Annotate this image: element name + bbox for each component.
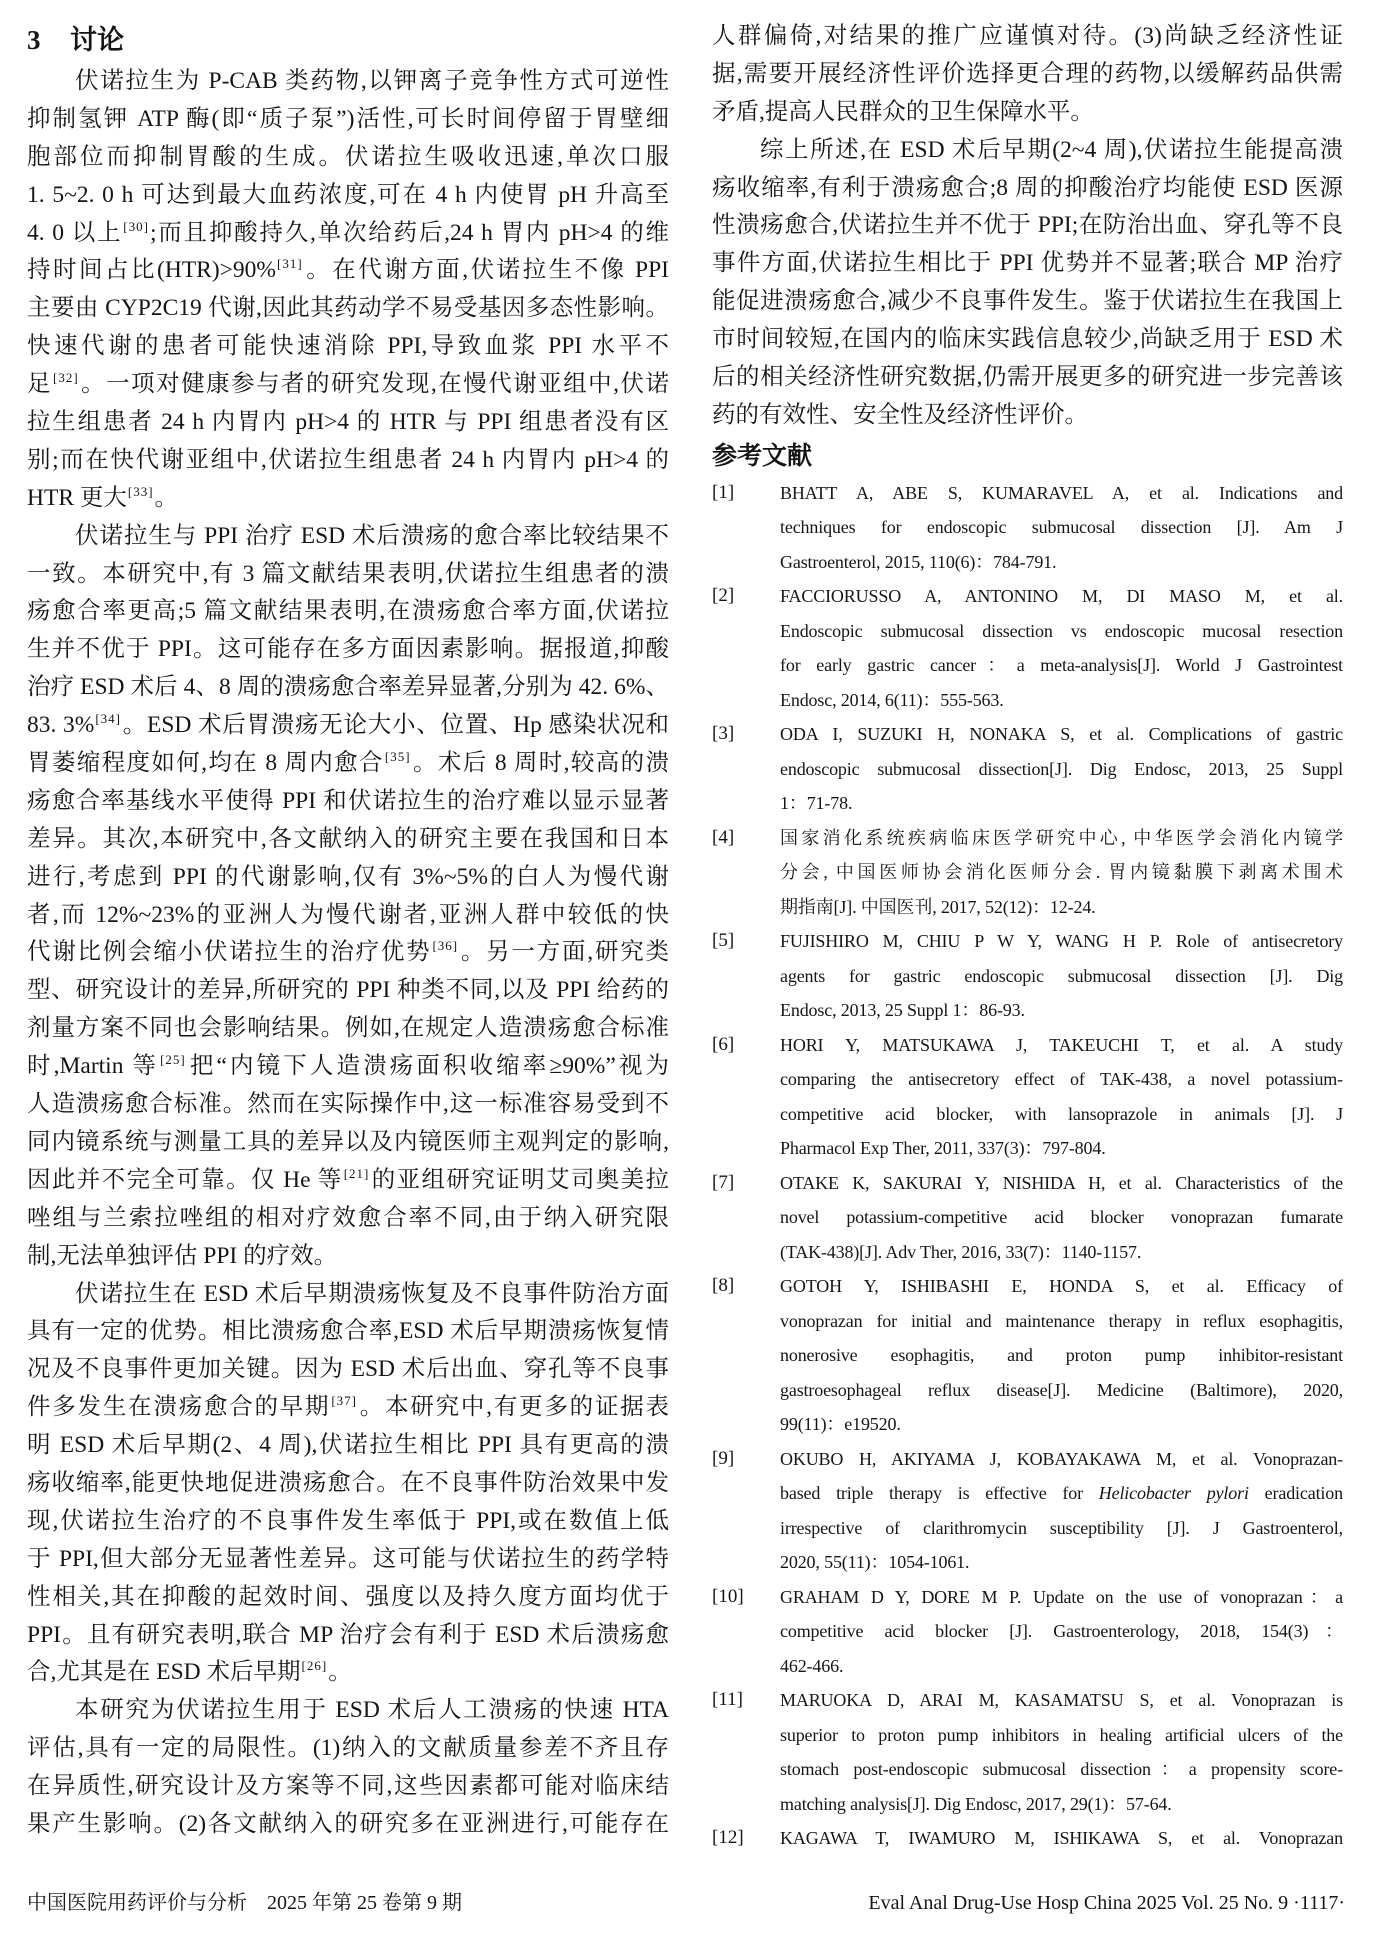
- reference-line: ODA I, SUZUKI H, NONAKA S, et al. Compli…: [780, 717, 1343, 752]
- text-segment: ;而且抑酸持久,单次给药后,24 h 胃内 pH>4 的维: [150, 220, 669, 246]
- paragraph: 伏诺拉生为 P-CAB 类药物,以钾离子竞争性方式可逆性抑制氢钾 ATP 酶(即…: [27, 63, 669, 518]
- text-segment: Pharmacol Exp Ther, 2011, 337(3)：797-804…: [780, 1138, 1106, 1158]
- text-segment: agents for gastric endoscopic submucosal…: [780, 966, 1343, 986]
- text-segment: FACCIORUSSO A, ANTONINO M, DI MASO M, et…: [780, 586, 1343, 606]
- text-segment: 矛盾,提高人民群众的卫生保障水平。: [712, 99, 1094, 125]
- reference-line: competitive acid blocker, with lansopraz…: [780, 1097, 1343, 1132]
- reference-item: [1]BHATT A, ABE S, KUMARAVEL A, et al. I…: [712, 476, 1343, 580]
- text-line: PPI。且有研究表明,联合 MP 治疗会有利于 ESD 术后溃疡愈: [27, 1617, 669, 1655]
- text-segment: 时,Martin 等: [27, 1053, 159, 1079]
- citation-marker: [25]: [159, 1052, 187, 1067]
- reference-text: 国家消化系统疾病临床医学研究中心, 中华医学会消化内镜学分会, 中国医师协会消化…: [780, 821, 1343, 925]
- reference-line: 462-466.: [780, 1649, 1343, 1684]
- page-footer: 中国医院用药评价与分析 2025 年第 25 卷第 9 期 Eval Anal …: [27, 1888, 1345, 1918]
- text-line: 据,需要开展经济性评价选择更合理的药物,以缓解药品供需: [712, 56, 1343, 94]
- text-segment: based triple therapy is effective for: [780, 1483, 1099, 1503]
- text-line: 83. 3%[34]。ESD 术后胃溃疡无论大小、位置、Hp 感染状况和: [27, 707, 669, 745]
- reference-line: MARUOKA D, ARAI M, KASAMATSU S, et al. V…: [780, 1683, 1343, 1718]
- text-segment: 主要由 CYP2C19 代谢,因此其药动学不易受基因多态性影响。: [27, 295, 669, 321]
- reference-item: [5]FUJISHIRO M, CHIU P W Y, WANG H P. Ro…: [712, 924, 1343, 1028]
- text-line: 伏诺拉生与 PPI 治疗 ESD 术后溃疡的愈合率比较结果不: [27, 518, 669, 556]
- reference-line: 1：71-78.: [780, 786, 1343, 821]
- text-segment: 。另一方面,研究类: [459, 939, 669, 965]
- text-line: 剂量方案不同也会影响结果。例如,在规定人造溃疡愈合标准: [27, 1010, 669, 1048]
- reference-line: vonoprazan for initial and maintenance t…: [780, 1304, 1343, 1339]
- text-segment: 现,伏诺拉生治疗的不良事件发生率低于 PPI,或在数值上低: [27, 1508, 669, 1534]
- text-line: 主要由 CYP2C19 代谢,因此其药动学不易受基因多态性影响。: [27, 290, 669, 328]
- reference-text: ODA I, SUZUKI H, NONAKA S, et al. Compli…: [780, 717, 1343, 821]
- text-segment: matching analysis[J]. Dig Endosc, 2017, …: [780, 1794, 1172, 1814]
- text-segment: Gastroenterol, 2015, 110(6)：784-791.: [780, 552, 1056, 572]
- text-line: 药的有效性、安全性及经济性评价。: [712, 397, 1343, 435]
- text-segment: 疡收缩率,能更快地促进溃疡愈合。在不良事件防治效果中发: [27, 1470, 669, 1496]
- right-column: 人群偏倚,对结果的推广应谨慎对待。(3)尚缺乏经济性证据,需要开展经济性评价选择…: [712, 18, 1343, 1856]
- text-line: 进行,考虑到 PPI 的代谢影响,仅有 3%~5%的白人为慢代谢: [27, 859, 669, 897]
- reference-line: OKUBO H, AKIYAMA J, KOBAYAKAWA M, et al.…: [780, 1442, 1343, 1477]
- text-segment: GOTOH Y, ISHIBASHI E, HONDA S, et al. Ef…: [780, 1276, 1343, 1296]
- text-segment: ODA I, SUZUKI H, NONAKA S, et al. Compli…: [780, 724, 1343, 744]
- section-title: 讨论: [70, 25, 124, 56]
- text-line: 1. 5~2. 0 h 可达到最大血药浓度,可在 4 h 内使胃 pH 升高至: [27, 177, 669, 215]
- reference-line: novel potassium-competitive acid blocker…: [780, 1200, 1343, 1235]
- text-segment: 足: [27, 371, 52, 397]
- reference-item: [4]国家消化系统疾病临床医学研究中心, 中华医学会消化内镜学分会, 中国医师协…: [712, 821, 1343, 925]
- reference-item: [9]OKUBO H, AKIYAMA J, KOBAYAKAWA M, et …: [712, 1442, 1343, 1580]
- text-segment: 明 ESD 术后早期(2、4 周),伏诺拉生相比 PPI 具有更高的溃: [27, 1432, 669, 1458]
- text-segment: 后的相关经济性研究数据,仍需开展更多的研究进一步完善该: [712, 364, 1343, 390]
- text-segment: 人造溃疡愈合标准。然而在实际操作中,这一标准容易受到不: [27, 1091, 669, 1117]
- text-segment: 1：71-78.: [780, 793, 852, 813]
- text-line: 型、研究设计的差异,所研究的 PPI 种类不同,以及 PPI 给药的: [27, 972, 669, 1010]
- citation-marker: [33]: [127, 484, 155, 499]
- text-segment: 99(11)：e19520.: [780, 1414, 901, 1434]
- reference-line: KAGAWA T, IWAMURO M, ISHIKAWA S, et al. …: [780, 1821, 1343, 1856]
- text-segment: techniques for endoscopic submucosal dis…: [780, 517, 1343, 537]
- text-line: 于 PPI,但大部分无显著性差异。这可能与伏诺拉生的药学特: [27, 1541, 669, 1579]
- text-segment: 人群偏倚,对结果的推广应谨慎对待。(3)尚缺乏经济性证: [712, 23, 1343, 49]
- reference-line: competitive acid blocker [J]. Gastroente…: [780, 1614, 1343, 1649]
- reference-line: 分会, 中国医师协会消化医师分会. 胃内镜黏膜下剥离术围术: [780, 855, 1343, 890]
- text-segment: 别;而在快代谢亚组中,伏诺拉生组患者 24 h 内胃内 pH>4 的: [27, 447, 669, 473]
- reference-line: HORI Y, MATSUKAWA J, TAKEUCHI T, et al. …: [780, 1028, 1343, 1063]
- text-line: 矛盾,提高人民群众的卫生保障水平。: [712, 94, 1343, 132]
- reference-item: [7]OTAKE K, SAKURAI Y, NISHIDA H, et al.…: [712, 1166, 1343, 1270]
- reference-text: FUJISHIRO M, CHIU P W Y, WANG H P. Role …: [780, 924, 1343, 1028]
- reference-text: FACCIORUSSO A, ANTONINO M, DI MASO M, et…: [780, 579, 1343, 717]
- text-segment: 的亚组研究证明艾司奥美拉: [370, 1167, 669, 1193]
- text-segment: novel potassium-competitive acid blocker…: [780, 1207, 1343, 1227]
- reference-line: (TAK-438)[J]. Adv Ther, 2016, 33(7)：1140…: [780, 1235, 1343, 1270]
- reference-line: agents for gastric endoscopic submucosal…: [780, 959, 1343, 994]
- paragraph: 本研究为伏诺拉生用于 ESD 术后人工溃疡的快速 HTA评估,具有一定的局限性。…: [27, 1692, 669, 1844]
- reference-line: Gastroenterol, 2015, 110(6)：784-791.: [780, 545, 1343, 580]
- text-line: 快速代谢的患者可能快速消除 PPI,导致血浆 PPI 水平不: [27, 328, 669, 366]
- text-line: 本研究为伏诺拉生用于 ESD 术后人工溃疡的快速 HTA: [27, 1692, 669, 1730]
- text-segment: 。一项对健康参与者的研究发现,在慢代谢亚组中,伏诺: [80, 371, 669, 397]
- text-segment: 治疗 ESD 术后 4、8 周的溃疡愈合率差异显著,分别为 42. 6%、: [27, 674, 669, 700]
- reference-text: MARUOKA D, ARAI M, KASAMATSU S, et al. V…: [780, 1683, 1343, 1821]
- reference-number: [7]: [712, 1166, 780, 1201]
- text-segment: competitive acid blocker [J]. Gastroente…: [780, 1621, 1343, 1641]
- text-segment: FUJISHIRO M, CHIU P W Y, WANG H P. Role …: [780, 931, 1343, 951]
- reference-line: 2020, 55(11)：1054-1061.: [780, 1545, 1343, 1580]
- text-segment: HORI Y, MATSUKAWA J, TAKEUCHI T, et al. …: [780, 1035, 1343, 1055]
- reference-line: gastroesophageal reflux disease[J]. Medi…: [780, 1373, 1343, 1408]
- reference-line: matching analysis[J]. Dig Endosc, 2017, …: [780, 1787, 1343, 1822]
- text-segment: 唑组与兰索拉唑组的相对疗效愈合率不同,由于纳入研究限: [27, 1205, 669, 1231]
- reference-line: Endosc, 2014, 6(11)：555-563.: [780, 683, 1343, 718]
- reference-text: OTAKE K, SAKURAI Y, NISHIDA H, et al. Ch…: [780, 1166, 1343, 1270]
- text-segment: 。在代谢方面,伏诺拉生不像 PPI: [304, 257, 669, 283]
- reference-item: [3]ODA I, SUZUKI H, NONAKA S, et al. Com…: [712, 717, 1343, 821]
- text-segment: (TAK-438)[J]. Adv Ther, 2016, 33(7)：1140…: [780, 1242, 1141, 1262]
- text-segment: vonoprazan for initial and maintenance t…: [780, 1311, 1343, 1331]
- text-segment: 事件方面,伏诺拉生相比于 PPI 优势并不显著;联合 MP 治疗: [712, 250, 1343, 276]
- text-segment: superior to proton pump inhibitors in he…: [780, 1725, 1343, 1745]
- reference-line: OTAKE K, SAKURAI Y, NISHIDA H, et al. Ch…: [780, 1166, 1343, 1201]
- text-segment: 伏诺拉生为 P-CAB 类药物,以钾离子竞争性方式可逆性: [75, 68, 669, 94]
- text-line: 别;而在快代谢亚组中,伏诺拉生组患者 24 h 内胃内 pH>4 的: [27, 442, 669, 480]
- text-segment: 一致。本研究中,有 3 篇文献结果表明,伏诺拉生组患者的溃: [27, 561, 669, 587]
- references-heading: 参考文献: [712, 435, 1343, 476]
- text-line: 综上所述,在 ESD 术后早期(2~4 周),伏诺拉生能提高溃: [712, 132, 1343, 170]
- text-segment: 果产生影响。(2)各文献纳入的研究多在亚洲进行,可能存在: [27, 1811, 669, 1837]
- text-line: 生并不优于 PPI。这可能存在多方面因素影响。据报道,抑酸: [27, 631, 669, 669]
- reference-line: Pharmacol Exp Ther, 2011, 337(3)：797-804…: [780, 1131, 1343, 1166]
- reference-text: KAGAWA T, IWAMURO M, ISHIKAWA S, et al. …: [780, 1821, 1343, 1856]
- text-line: 明 ESD 术后早期(2、4 周),伏诺拉生相比 PPI 具有更高的溃: [27, 1427, 669, 1465]
- reference-line: nonerosive esophagitis, and proton pump …: [780, 1338, 1343, 1373]
- text-line: 胃萎缩程度如何,均在 8 周内愈合[35]。术后 8 周时,较高的溃: [27, 745, 669, 783]
- text-line: 疡愈合率基线水平使得 PPI 和伏诺拉生的治疗难以显示显著: [27, 783, 669, 821]
- text-segment: 制,无法单独评估 PPI 的疗效。: [27, 1243, 337, 1269]
- text-segment: GRAHAM D Y, DORE M P. Update on the use …: [780, 1587, 1343, 1607]
- text-line: 疡收缩率,有利于溃疡愈合;8 周的抑酸治疗均能使 ESD 医源: [712, 170, 1343, 208]
- text-line: 能促进溃疡愈合,减少不良事件发生。鉴于伏诺拉生在我国上: [712, 283, 1343, 321]
- reference-item: [8]GOTOH Y, ISHIBASHI E, HONDA S, et al.…: [712, 1269, 1343, 1442]
- text-line: 疡愈合率更高;5 篇文献结果表明,在溃疡愈合率方面,伏诺拉: [27, 593, 669, 631]
- text-line: 性相关,其在抑酸的起效时间、强度以及持久度方面均优于: [27, 1579, 669, 1617]
- reference-number: [10]: [712, 1580, 780, 1615]
- text-segment: 性溃疡愈合,伏诺拉生并不优于 PPI;在防治出血、穿孔等不良: [712, 212, 1343, 238]
- text-line: HTR 更大[33]。: [27, 480, 669, 518]
- footer-journal-info-en: Eval Anal Drug-Use Hosp China 2025 Vol. …: [868, 1888, 1345, 1918]
- reference-line: based triple therapy is effective for He…: [780, 1476, 1343, 1511]
- text-segment: 1. 5~2. 0 h 可达到最大血药浓度,可在 4 h 内使胃 pH 升高至: [27, 182, 669, 208]
- paragraph: 伏诺拉生在 ESD 术后早期溃疡恢复及不良事件防治方面具有一定的优势。相比溃疡愈…: [27, 1276, 669, 1693]
- citation-marker: [26]: [301, 1658, 329, 1673]
- citation-marker: [35]: [384, 749, 412, 764]
- citation-marker: [21]: [343, 1166, 371, 1181]
- reference-item: [6]HORI Y, MATSUKAWA J, TAKEUCHI T, et a…: [712, 1028, 1343, 1166]
- text-segment: Endosc, 2013, 25 Suppl 1：86-93.: [780, 1000, 1025, 1020]
- reference-text: BHATT A, ABE S, KUMARAVEL A, et al. Indi…: [780, 476, 1343, 580]
- text-segment: 综上所述,在 ESD 术后早期(2~4 周),伏诺拉生能提高溃: [760, 137, 1343, 163]
- reference-item: [11]MARUOKA D, ARAI M, KASAMATSU S, et a…: [712, 1683, 1343, 1821]
- text-line: 代谢比例会缩小伏诺拉生的治疗优势[36]。另一方面,研究类: [27, 934, 669, 972]
- text-line: 伏诺拉生在 ESD 术后早期溃疡恢复及不良事件防治方面: [27, 1276, 669, 1314]
- text-segment: 462-466.: [780, 1656, 843, 1676]
- text-segment: 性相关,其在抑酸的起效时间、强度以及持久度方面均优于: [27, 1584, 669, 1610]
- text-segment: 疡愈合率更高;5 篇文献结果表明,在溃疡愈合率方面,伏诺拉: [27, 598, 669, 624]
- text-line: 唑组与兰索拉唑组的相对疗效愈合率不同,由于纳入研究限: [27, 1200, 669, 1238]
- reference-line: endoscopic submucosal dissection[J]. Dig…: [780, 752, 1343, 787]
- reference-list: [1]BHATT A, ABE S, KUMARAVEL A, et al. I…: [712, 476, 1343, 1856]
- reference-text: OKUBO H, AKIYAMA J, KOBAYAKAWA M, et al.…: [780, 1442, 1343, 1580]
- text-segment: KAGAWA T, IWAMURO M, ISHIKAWA S, et al. …: [780, 1828, 1343, 1848]
- paragraph: 伏诺拉生与 PPI 治疗 ESD 术后溃疡的愈合率比较结果不一致。本研究中,有 …: [27, 518, 669, 1276]
- text-segment: 者,而 12%~23%的亚洲人为慢代谢者,亚洲人群中较低的快: [27, 902, 669, 928]
- reference-number: [11]: [712, 1683, 780, 1718]
- text-segment: 83. 3%: [27, 712, 94, 738]
- text-segment: 具有一定的优势。相比溃疡愈合率,ESD 术后早期溃疡恢复情: [27, 1318, 669, 1344]
- reference-item: [2]FACCIORUSSO A, ANTONINO M, DI MASO M,…: [712, 579, 1343, 717]
- section-number: 3: [27, 22, 70, 58]
- text-line: 果产生影响。(2)各文献纳入的研究多在亚洲进行,可能存在: [27, 1806, 669, 1844]
- text-line: 同内镜系统与测量工具的差异以及内镜医师主观判定的影响,: [27, 1124, 669, 1162]
- text-segment: gastroesophageal reflux disease[J]. Medi…: [780, 1380, 1343, 1400]
- text-segment: 代谢比例会缩小伏诺拉生的治疗优势: [27, 939, 431, 965]
- text-segment: 据,需要开展经济性评价选择更合理的药物,以缓解药品供需: [712, 61, 1343, 87]
- text-line: 人造溃疡愈合标准。然而在实际操作中,这一标准容易受到不: [27, 1086, 669, 1124]
- text-segment: 2020, 55(11)：1054-1061.: [780, 1552, 969, 1572]
- left-column: 3讨论 伏诺拉生为 P-CAB 类药物,以钾离子竞争性方式可逆性抑制氢钾 ATP…: [27, 22, 669, 1844]
- text-line: 在异质性,研究设计及方案等不同,这些因素都可能对临床结: [27, 1768, 669, 1806]
- reference-number: [6]: [712, 1028, 780, 1063]
- text-line: 伏诺拉生为 P-CAB 类药物,以钾离子竞争性方式可逆性: [27, 63, 669, 101]
- text-segment: HTR 更大: [27, 485, 127, 511]
- text-segment: nonerosive esophagitis, and proton pump …: [780, 1345, 1343, 1365]
- text-segment: 合,尤其是在 ESD 术后早期: [27, 1659, 301, 1685]
- text-segment: 把“内镜下人造溃疡面积收缩率≥90%”视为: [187, 1053, 669, 1079]
- reference-line: 国家消化系统疾病临床医学研究中心, 中华医学会消化内镜学: [780, 821, 1343, 856]
- reference-number: [2]: [712, 579, 780, 614]
- text-line: 足[32]。一项对健康参与者的研究发现,在慢代谢亚组中,伏诺: [27, 366, 669, 404]
- text-segment: 。ESD 术后胃溃疡无论大小、位置、Hp 感染状况和: [122, 712, 669, 738]
- citation-marker: [32]: [52, 370, 80, 385]
- text-segment: 在异质性,研究设计及方案等不同,这些因素都可能对临床结: [27, 1773, 669, 1799]
- reference-line: irrespective of clarithromycin susceptib…: [780, 1511, 1343, 1546]
- reference-line: FUJISHIRO M, CHIU P W Y, WANG H P. Role …: [780, 924, 1343, 959]
- text-segment: Endosc, 2014, 6(11)：555-563.: [780, 690, 1004, 710]
- text-line: 况及不良事件更加关键。因为 ESD 术后出血、穿孔等不良事: [27, 1351, 669, 1389]
- reference-number: [12]: [712, 1821, 780, 1856]
- text-segment: 能促进溃疡愈合,减少不良事件发生。鉴于伏诺拉生在我国上: [712, 288, 1343, 314]
- text-segment: 。术后 8 周时,较高的溃: [412, 750, 669, 776]
- text-segment: irrespective of clarithromycin susceptib…: [780, 1518, 1343, 1538]
- text-line: 评估,具有一定的局限性。(1)纳入的文献质量参差不齐且存: [27, 1730, 669, 1768]
- text-line: 现,伏诺拉生治疗的不良事件发生率低于 PPI,或在数值上低: [27, 1503, 669, 1541]
- text-segment: 差异。其次,本研究中,各文献纳入的研究主要在我国和日本: [27, 826, 669, 852]
- text-line: 市时间较短,在国内的临床实践信息较少,尚缺乏用于 ESD 术: [712, 321, 1343, 359]
- text-segment: Endoscopic submucosal dissection vs endo…: [780, 621, 1343, 641]
- reference-line: GOTOH Y, ISHIBASHI E, HONDA S, et al. Ef…: [780, 1269, 1343, 1304]
- text-segment: OKUBO H, AKIYAMA J, KOBAYAKAWA M, et al.…: [780, 1449, 1343, 1469]
- text-segment: 型、研究设计的差异,所研究的 PPI 种类不同,以及 PPI 给药的: [27, 977, 669, 1003]
- text-line: 治疗 ESD 术后 4、8 周的溃疡愈合率差异显著,分别为 42. 6%、: [27, 669, 669, 707]
- reference-line: superior to proton pump inhibitors in he…: [780, 1718, 1343, 1753]
- paragraph: 综上所述,在 ESD 术后早期(2~4 周),伏诺拉生能提高溃疡收缩率,有利于溃…: [712, 132, 1343, 435]
- conclusion-body: 人群偏倚,对结果的推广应谨慎对待。(3)尚缺乏经济性证据,需要开展经济性评价选择…: [712, 18, 1343, 435]
- text-segment: 抑制氢钾 ATP 酶(即“质子泵”)活性,可长时间停留于胃壁细: [27, 106, 669, 132]
- text-segment: 于 PPI,但大部分无显著性差异。这可能与伏诺拉生的药学特: [27, 1546, 669, 1572]
- text-line: 抑制氢钾 ATP 酶(即“质子泵”)活性,可长时间停留于胃壁细: [27, 101, 669, 139]
- text-segment: 持时间占比(HTR)>90%: [27, 257, 276, 283]
- text-segment: 因此并不完全可靠。仅 He 等: [27, 1167, 343, 1193]
- reference-number: [3]: [712, 717, 780, 752]
- italic-term: Helicobacter pylori: [1099, 1483, 1249, 1503]
- reference-line: techniques for endoscopic submucosal dis…: [780, 510, 1343, 545]
- text-line: 者,而 12%~23%的亚洲人为慢代谢者,亚洲人群中较低的快: [27, 897, 669, 935]
- text-segment: 快速代谢的患者可能快速消除 PPI,导致血浆 PPI 水平不: [27, 333, 669, 359]
- text-line: 制,无法单独评估 PPI 的疗效。: [27, 1238, 669, 1276]
- text-segment: OTAKE K, SAKURAI Y, NISHIDA H, et al. Ch…: [780, 1173, 1343, 1193]
- text-segment: 生并不优于 PPI。这可能存在多方面因素影响。据报道,抑酸: [27, 636, 669, 662]
- text-line: 持时间占比(HTR)>90%[31]。在代谢方面,伏诺拉生不像 PPI: [27, 252, 669, 290]
- reference-number: [4]: [712, 821, 780, 856]
- text-segment: comparing the antisecretory effect of TA…: [780, 1069, 1343, 1089]
- reference-number: [5]: [712, 924, 780, 959]
- text-line: 因此并不完全可靠。仅 He 等[21]的亚组研究证明艾司奥美拉: [27, 1162, 669, 1200]
- reference-number: [9]: [712, 1442, 780, 1477]
- citation-marker: [34]: [94, 711, 122, 726]
- citation-marker: [36]: [431, 938, 459, 953]
- text-segment: 剂量方案不同也会影响结果。例如,在规定人造溃疡愈合标准: [27, 1015, 669, 1041]
- text-line: 人群偏倚,对结果的推广应谨慎对待。(3)尚缺乏经济性证: [712, 18, 1343, 56]
- text-segment: 胃萎缩程度如何,均在 8 周内愈合: [27, 750, 384, 776]
- text-segment: 。: [155, 485, 179, 511]
- citation-marker: [37]: [330, 1393, 358, 1408]
- reference-text: GRAHAM D Y, DORE M P. Update on the use …: [780, 1580, 1343, 1684]
- text-segment: 。: [328, 1659, 352, 1685]
- text-segment: for early gastric cancer：a meta-analysis…: [780, 655, 1343, 675]
- reference-text: HORI Y, MATSUKAWA J, TAKEUCHI T, et al. …: [780, 1028, 1343, 1166]
- section-heading: 3讨论: [27, 22, 669, 63]
- text-segment: 疡收缩率,有利于溃疡愈合;8 周的抑酸治疗均能使 ESD 医源: [712, 175, 1343, 201]
- text-segment: 药的有效性、安全性及经济性评价。: [712, 402, 1088, 428]
- reference-line: 期指南[J]. 中国医刊, 2017, 52(12)：12-24.: [780, 890, 1343, 925]
- text-line: 性溃疡愈合,伏诺拉生并不优于 PPI;在防治出血、穿孔等不良: [712, 207, 1343, 245]
- text-segment: 。本研究中,有更多的证据表: [358, 1394, 669, 1420]
- text-segment: PPI。且有研究表明,联合 MP 治疗会有利于 ESD 术后溃疡愈: [27, 1622, 669, 1648]
- footer-journal-info-cn: 中国医院用药评价与分析 2025 年第 25 卷第 9 期: [27, 1888, 462, 1918]
- text-segment: 市时间较短,在国内的临床实践信息较少,尚缺乏用于 ESD 术: [712, 326, 1343, 352]
- text-segment: 本研究为伏诺拉生用于 ESD 术后人工溃疡的快速 HTA: [75, 1697, 669, 1723]
- text-line: 差异。其次,本研究中,各文献纳入的研究主要在我国和日本: [27, 821, 669, 859]
- text-segment: 件多发生在溃疡愈合的早期: [27, 1394, 330, 1420]
- reference-line: BHATT A, ABE S, KUMARAVEL A, et al. Indi…: [780, 476, 1343, 511]
- text-segment: 进行,考虑到 PPI 的代谢影响,仅有 3%~5%的白人为慢代谢: [27, 864, 669, 890]
- text-segment: 同内镜系统与测量工具的差异以及内镜医师主观判定的影响,: [27, 1129, 669, 1155]
- reference-item: [10]GRAHAM D Y, DORE M P. Update on the …: [712, 1580, 1343, 1684]
- text-line: 4. 0 以上[30];而且抑酸持久,单次给药后,24 h 胃内 pH>4 的维: [27, 215, 669, 253]
- text-line: 件多发生在溃疡愈合的早期[37]。本研究中,有更多的证据表: [27, 1389, 669, 1427]
- text-segment: 评估,具有一定的局限性。(1)纳入的文献质量参差不齐且存: [27, 1735, 669, 1761]
- text-segment: competitive acid blocker, with lansopraz…: [780, 1104, 1343, 1124]
- reference-line: Endosc, 2013, 25 Suppl 1：86-93.: [780, 993, 1343, 1028]
- reference-item: [12]KAGAWA T, IWAMURO M, ISHIKAWA S, et …: [712, 1821, 1343, 1856]
- text-segment: 伏诺拉生与 PPI 治疗 ESD 术后溃疡的愈合率比较结果不: [75, 523, 669, 549]
- text-segment: endoscopic submucosal dissection[J]. Dig…: [780, 759, 1343, 779]
- text-segment: 拉生组患者 24 h 内胃内 pH>4 的 HTR 与 PPI 组患者没有区: [27, 409, 669, 435]
- text-line: 一致。本研究中,有 3 篇文献结果表明,伏诺拉生组患者的溃: [27, 556, 669, 594]
- reference-line: Endoscopic submucosal dissection vs endo…: [780, 614, 1343, 649]
- text-segment: 伏诺拉生在 ESD 术后早期溃疡恢复及不良事件防治方面: [75, 1281, 669, 1307]
- citation-marker: [30]: [122, 219, 150, 234]
- journal-page: 3讨论 伏诺拉生为 P-CAB 类药物,以钾离子竞争性方式可逆性抑制氢钾 ATP…: [0, 0, 1375, 1940]
- text-segment: 分会, 中国医师协会消化医师分会. 胃内镜黏膜下剥离术围术: [780, 862, 1343, 882]
- text-segment: stomach post-endoscopic submucosal disse…: [780, 1759, 1343, 1779]
- text-line: 胞部位而抑制胃酸的生成。伏诺拉生吸收迅速,单次口服: [27, 139, 669, 177]
- text-segment: 胞部位而抑制胃酸的生成。伏诺拉生吸收迅速,单次口服: [27, 144, 669, 170]
- reference-line: stomach post-endoscopic submucosal disse…: [780, 1752, 1343, 1787]
- text-segment: 疡愈合率基线水平使得 PPI 和伏诺拉生的治疗难以显示显著: [27, 788, 669, 814]
- reference-line: FACCIORUSSO A, ANTONINO M, DI MASO M, et…: [780, 579, 1343, 614]
- reference-number: [1]: [712, 476, 780, 511]
- text-segment: 国家消化系统疾病临床医学研究中心, 中华医学会消化内镜学: [780, 828, 1343, 848]
- text-line: 事件方面,伏诺拉生相比于 PPI 优势并不显著;联合 MP 治疗: [712, 245, 1343, 283]
- text-line: 时,Martin 等[25]把“内镜下人造溃疡面积收缩率≥90%”视为: [27, 1048, 669, 1086]
- discussion-body: 伏诺拉生为 P-CAB 类药物,以钾离子竞争性方式可逆性抑制氢钾 ATP 酶(即…: [27, 63, 669, 1844]
- text-segment: eradication: [1249, 1483, 1343, 1503]
- text-line: 合,尤其是在 ESD 术后早期[26]。: [27, 1654, 669, 1692]
- text-line: 后的相关经济性研究数据,仍需开展更多的研究进一步完善该: [712, 359, 1343, 397]
- reference-line: GRAHAM D Y, DORE M P. Update on the use …: [780, 1580, 1343, 1615]
- text-segment: BHATT A, ABE S, KUMARAVEL A, et al. Indi…: [780, 483, 1343, 503]
- reference-line: comparing the antisecretory effect of TA…: [780, 1062, 1343, 1097]
- text-line: 疡收缩率,能更快地促进溃疡愈合。在不良事件防治效果中发: [27, 1465, 669, 1503]
- reference-line: for early gastric cancer：a meta-analysis…: [780, 648, 1343, 683]
- reference-text: GOTOH Y, ISHIBASHI E, HONDA S, et al. Ef…: [780, 1269, 1343, 1442]
- reference-number: [8]: [712, 1269, 780, 1304]
- citation-marker: [31]: [276, 256, 304, 271]
- text-segment: MARUOKA D, ARAI M, KASAMATSU S, et al. V…: [780, 1690, 1343, 1710]
- text-segment: 4. 0 以上: [27, 220, 122, 246]
- text-segment: 况及不良事件更加关键。因为 ESD 术后出血、穿孔等不良事: [27, 1356, 669, 1382]
- paragraph: 人群偏倚,对结果的推广应谨慎对待。(3)尚缺乏经济性证据,需要开展经济性评价选择…: [712, 18, 1343, 132]
- reference-line: 99(11)：e19520.: [780, 1407, 1343, 1442]
- text-segment: 期指南[J]. 中国医刊, 2017, 52(12)：12-24.: [780, 897, 1096, 917]
- text-line: 拉生组患者 24 h 内胃内 pH>4 的 HTR 与 PPI 组患者没有区: [27, 404, 669, 442]
- text-line: 具有一定的优势。相比溃疡愈合率,ESD 术后早期溃疡恢复情: [27, 1313, 669, 1351]
